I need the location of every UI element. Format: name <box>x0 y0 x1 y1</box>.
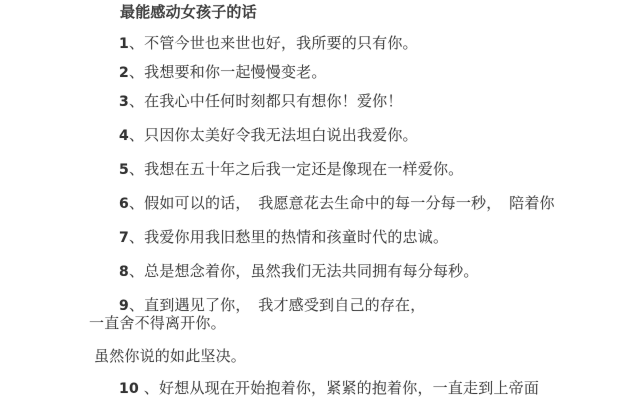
closing-paragraph: 虽然你说的如此坚决。 <box>94 349 246 364</box>
quote-line-9: 9、直到遇见了你， 我才感受到自己的存在， <box>119 298 425 313</box>
quote-text: 、我想在五十年之后我一定还是像现在一样爱你。 <box>129 160 463 178</box>
quote-line-4: 4、只因你太美好令我无法坦白说出我爱你。 <box>119 128 418 143</box>
quote-number: 3 <box>119 94 129 110</box>
document-title: 最能感动女孩子的话 <box>120 5 257 20</box>
quote-number: 10 <box>119 381 139 397</box>
quote-text: 、不管今世也来世也好，我所要的只有你。 <box>129 34 418 52</box>
quote-line-9-continuation: 一直舍不得离开你。 <box>89 316 226 331</box>
quote-line-6: 6、假如可以的话， 我愿意花去生命中的每一分每一秒， 陪着你 <box>119 196 555 211</box>
quote-line-8: 8、总是想念着你，虽然我们无法共同拥有每分每秒。 <box>119 264 479 279</box>
quote-number: 2 <box>119 65 129 81</box>
quote-line-5: 5、我想在五十年之后我一定还是像现在一样爱你。 <box>119 162 463 177</box>
quote-text: 、我想要和你一起慢慢变老。 <box>129 63 327 81</box>
quote-text: 、在我心中任何时刻都只有想你！爱你！ <box>129 92 403 110</box>
quote-number: 4 <box>119 128 129 144</box>
quote-number: 5 <box>119 162 129 178</box>
quote-number: 7 <box>119 230 129 246</box>
quote-line-10: 10 、好想从现在开始抱着你，紧紧的抱着你，一直走到上帝面 <box>119 381 539 396</box>
quote-text: 、好想从现在开始抱着你，紧紧的抱着你，一直走到上帝面 <box>139 379 539 397</box>
quote-number: 8 <box>119 264 129 280</box>
quote-text: 、假如可以的话， 我愿意花去生命中的每一分每一秒， 陪着你 <box>129 194 555 212</box>
quote-line-2: 2、我想要和你一起慢慢变老。 <box>119 65 327 80</box>
quote-text: 、我爱你用我旧愁里的热情和孩童时代的忠诚。 <box>129 228 448 246</box>
quote-line-3: 3、在我心中任何时刻都只有想你！爱你！ <box>119 94 403 109</box>
quote-number: 6 <box>119 196 129 212</box>
document-page: 最能感动女孩子的话 1、不管今世也来世也好，我所要的只有你。 2、我想要和你一起… <box>0 0 640 400</box>
quote-line-7: 7、我爱你用我旧愁里的热情和孩童时代的忠诚。 <box>119 230 448 245</box>
quote-text: 、总是想念着你，虽然我们无法共同拥有每分每秒。 <box>129 262 479 280</box>
quote-line-1: 1、不管今世也来世也好，我所要的只有你。 <box>119 36 418 51</box>
quote-text: 、只因你太美好令我无法坦白说出我爱你。 <box>129 126 418 144</box>
quote-text: 、直到遇见了你， 我才感受到自己的存在， <box>129 296 426 314</box>
quote-number: 9 <box>119 298 129 314</box>
quote-number: 1 <box>119 36 129 52</box>
